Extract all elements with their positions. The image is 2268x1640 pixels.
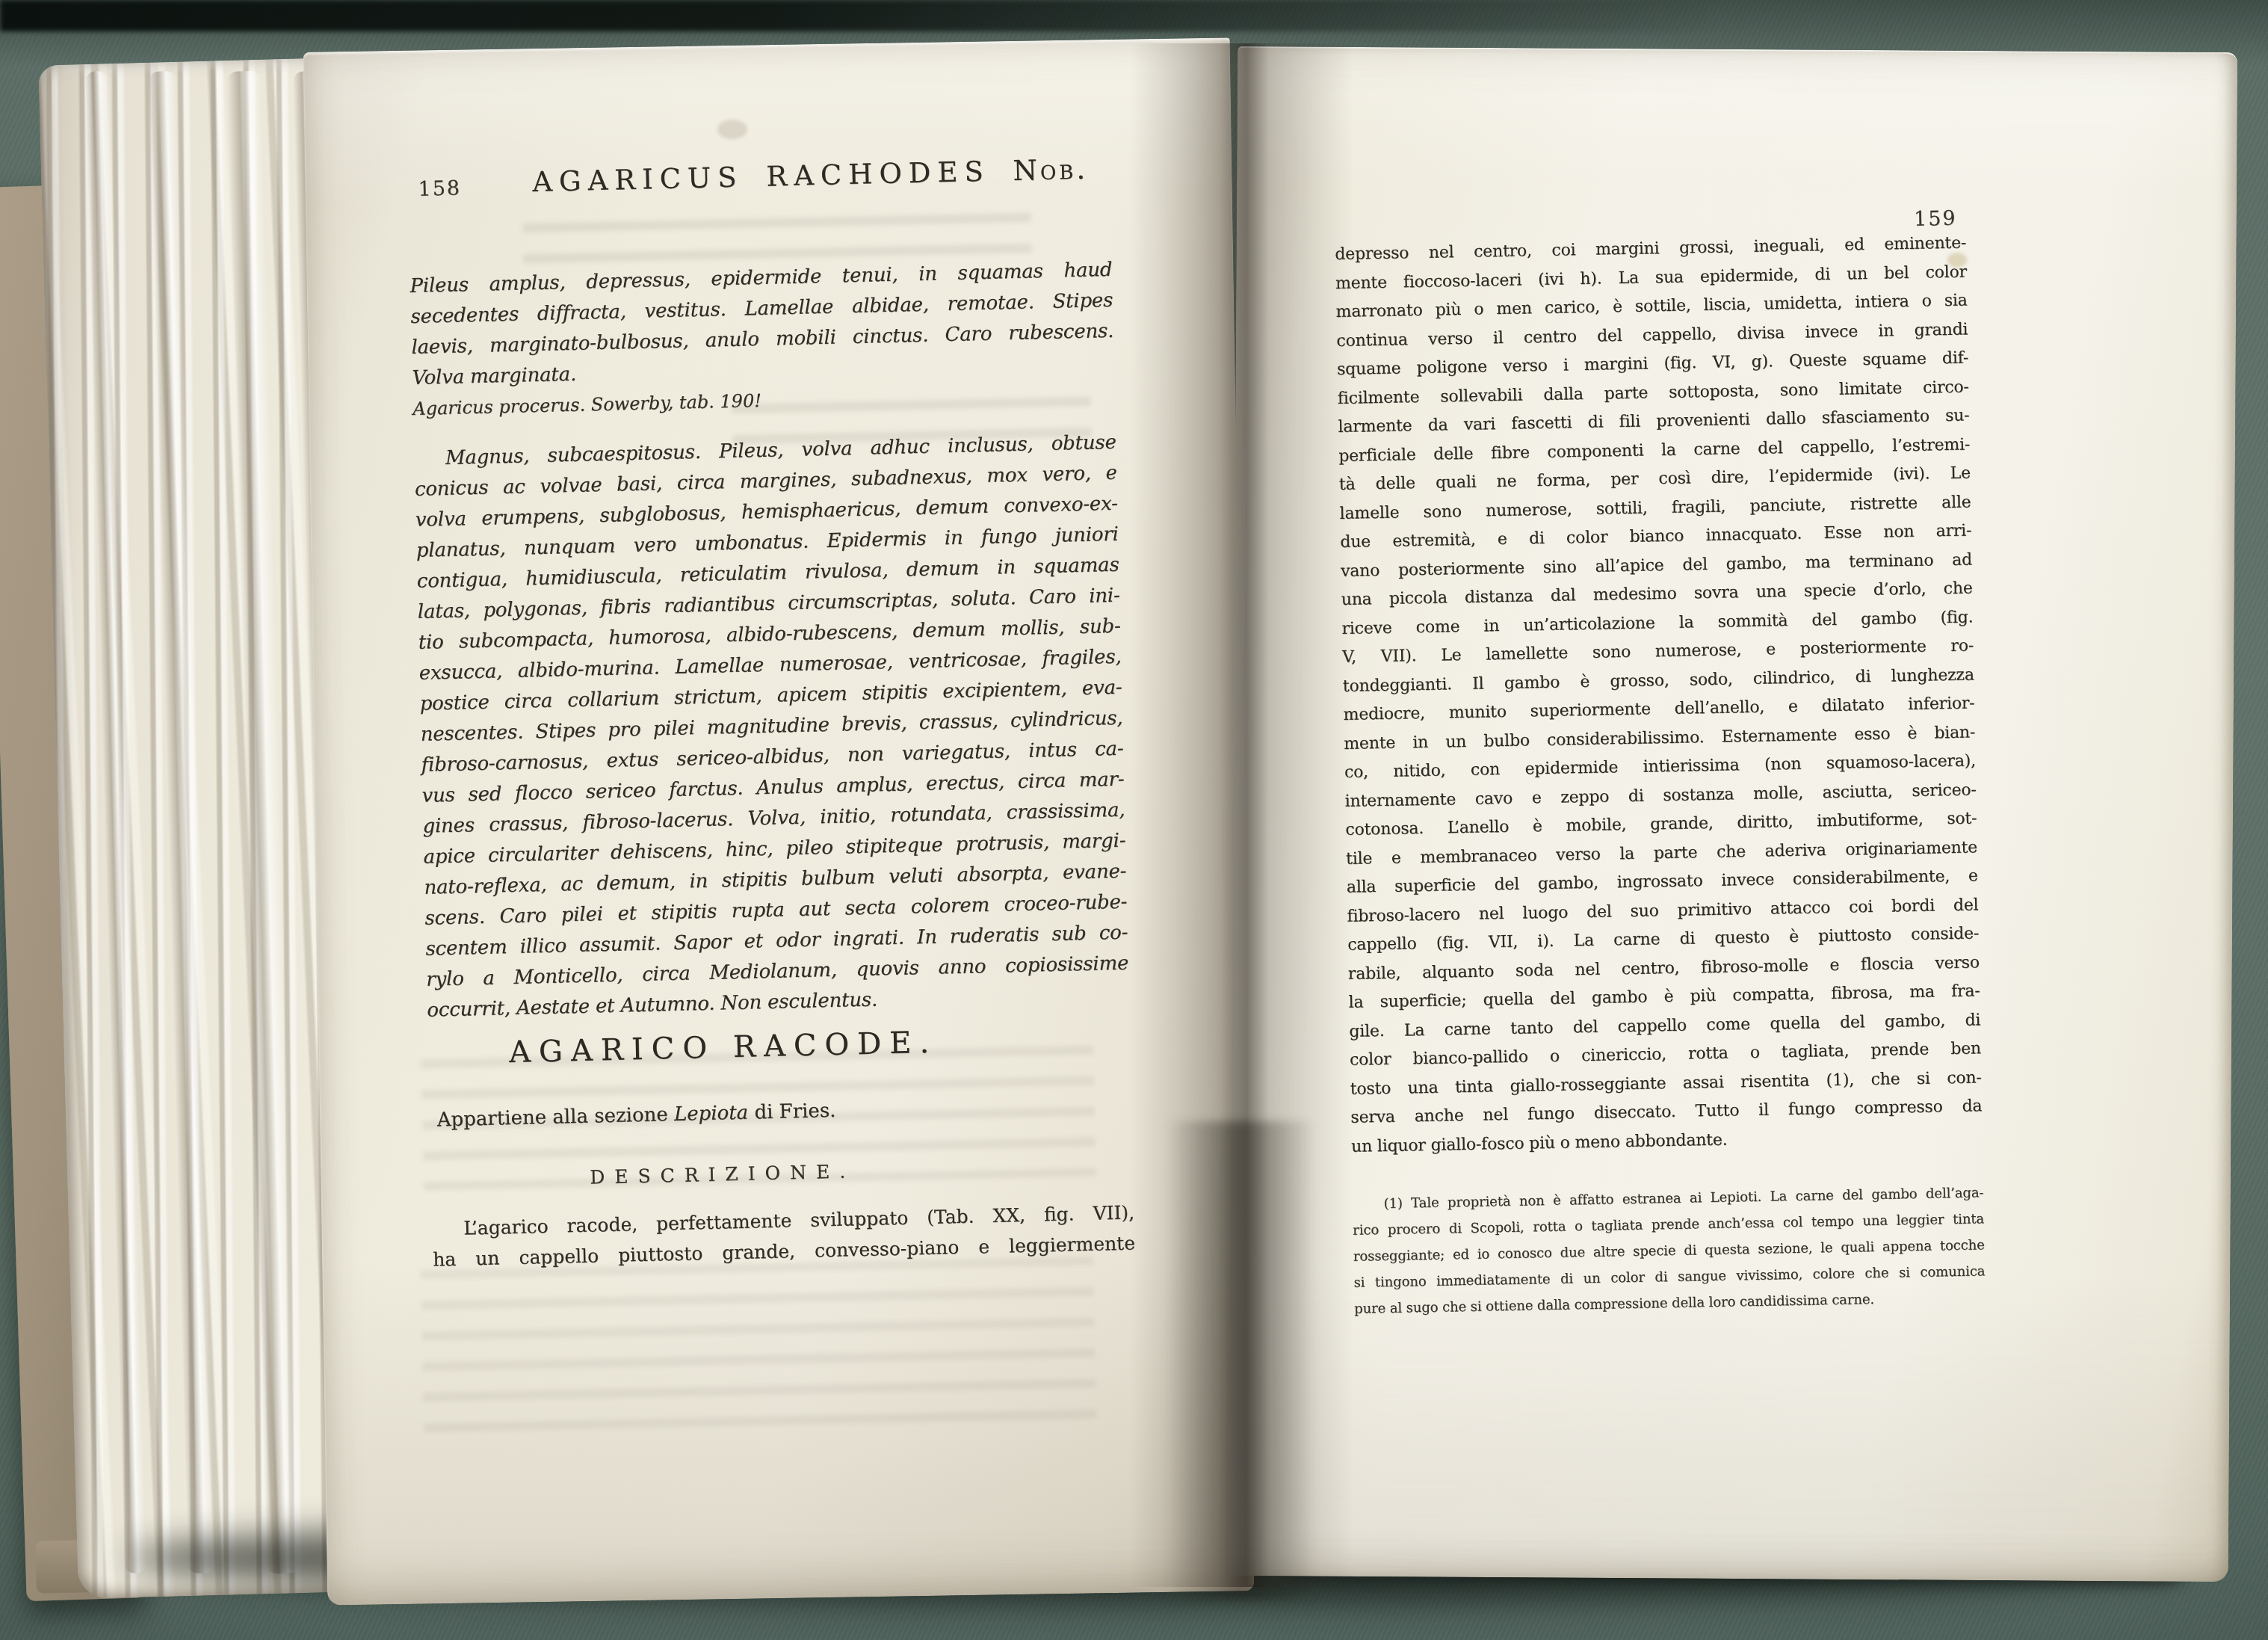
latin-diagnosis: Pileus amplus, depressus, epidermide ten… [410,255,1115,394]
italian-body: depresso nel centro, coi margini grossi,… [1335,229,1983,1162]
section-note-suffix: di Fries. [748,1100,836,1124]
book-photo: 158 AGARICUS RACHODES Nob. Pileus amplus… [0,0,2268,1640]
running-head-suffix: Nob. [1013,153,1089,187]
page-number-right: 159 [1914,207,1957,231]
footnote: (1) Tale proprietà non è affatto estrane… [1352,1180,1986,1322]
section-note-genus: Lepiota [674,1102,749,1126]
paper-stain [717,120,747,139]
latin-description: Magnus, subcaespitosus. Pileus, volva ad… [414,428,1130,1026]
